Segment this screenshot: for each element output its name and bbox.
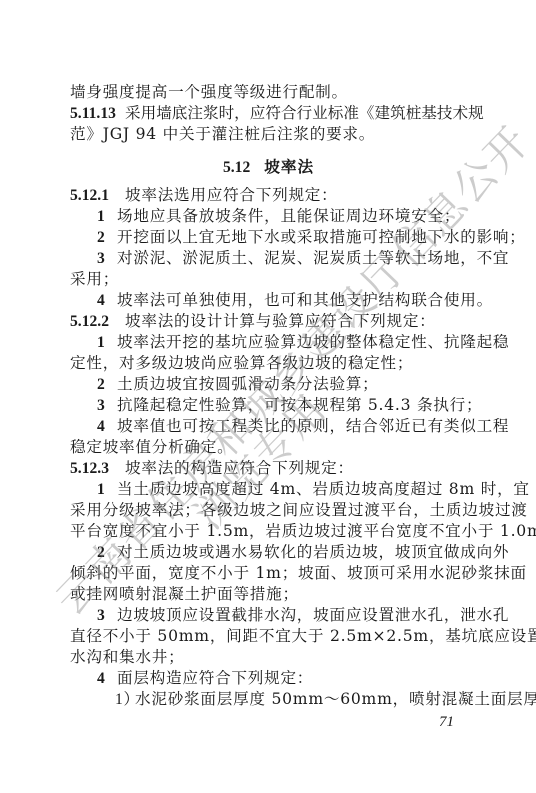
item-text: 抗隆起稳定性验算，可按本规程第 5.4.3 条执行； (117, 396, 482, 414)
list-item: 1坡率法开挖的基坑应验算边坡的整体稳定性、抗隆起稳 (70, 332, 467, 353)
clause-number: 5.12.2 (70, 311, 125, 332)
item-number: 2 (97, 374, 117, 395)
clause-5-12-2: 5.12.2坡率法的设计计算与验算应符合下列规定： (70, 311, 467, 332)
item-number: 3 (97, 605, 117, 626)
item-continuation: 稳定坡率值分析确定。 (70, 437, 467, 458)
clause-5-12-3: 5.12.3坡率法的构造应符合下列规定： (70, 458, 467, 479)
clause-number: 5.12.3 (70, 458, 125, 479)
text-column: 墙身强度提高一个强度等级进行配制。 5.11.13采用墙底注浆时，应符合行业标准… (70, 82, 467, 710)
item-continuation: 直径不小于 50mm，间距不宜大于 2.5m×2.5m，基坑底应设置排 (70, 626, 467, 647)
list-item: 1当土质边坡高度超过 4m、岩质边坡高度超过 8m 时，宜 (70, 479, 467, 500)
item-text: 边坡坡顶应设置截排水沟，坡面应设置泄水孔，泄水孔 (117, 606, 509, 624)
item-continuation: 水沟和集水井； (70, 647, 467, 668)
item-text: 坡率法可单独使用，也可和其他支护结构联合使用。 (117, 291, 493, 309)
clause-text: 坡率法的设计计算与验算应符合下列规定： (125, 312, 436, 330)
item-text: 场地应具备放坡条件，且能保证周边环境安全； (117, 207, 460, 225)
item-number: 4 (97, 290, 117, 311)
sub-item: 1）水泥砂浆面层厚度 50mm～60mm，喷射混凝土面层厚 (70, 689, 467, 710)
list-item: 2土质边坡宜按圆弧滑动条分法验算； (70, 374, 467, 395)
list-item: 2对土质边坡或遇水易软化的岩质边坡，坡顶宜做成向外 (70, 542, 467, 563)
item-number: 2 (97, 227, 117, 248)
item-number: 2 (97, 542, 117, 563)
section-number: 5.12 (223, 159, 250, 176)
item-text: 对淤泥、淤泥质土、泥炭、泥炭质土等软土场地，不宜 (117, 249, 509, 267)
list-item: 3边坡坡顶应设置截排水沟，坡面应设置泄水孔，泄水孔 (70, 605, 467, 626)
item-text: 当土质边坡高度超过 4m、岩质边坡高度超过 8m 时，宜 (117, 480, 530, 498)
clause-5-12-1: 5.12.1坡率法选用应符合下列规定： (70, 185, 467, 206)
page-number: 71 (439, 714, 454, 731)
item-text: 面层构造应符合下列规定： (117, 669, 313, 687)
clause-5-11-13: 5.11.13采用墙底注浆时，应符合行业标准《建筑桩基技术规 (70, 103, 467, 124)
item-number: 3 (97, 395, 117, 416)
document-page: 墙身强度提高一个强度等级进行配制。 5.11.13采用墙底注浆时，应符合行业标准… (0, 0, 536, 793)
list-item: 4坡率法可单独使用，也可和其他支护结构联合使用。 (70, 290, 467, 311)
item-number: 1 (97, 332, 117, 353)
item-text: 坡率值也可按工程类比的原则，结合邻近已有类似工程 (117, 417, 509, 435)
clause-number: 5.11.13 (70, 103, 125, 124)
clause-text: 坡率法选用应符合下列规定： (125, 186, 337, 204)
item-continuation: 采用分级坡率法；各级边坡之间应设置过渡平台，土质边坡过渡 (70, 500, 467, 521)
section-heading: 5.12坡率法 (70, 156, 467, 177)
sub-item-number: 1） (115, 689, 135, 710)
list-item: 4坡率值也可按工程类比的原则，结合邻近已有类似工程 (70, 416, 467, 437)
list-item: 4面层构造应符合下列规定： (70, 668, 467, 689)
section-title: 坡率法 (264, 157, 314, 176)
item-number: 4 (97, 668, 117, 689)
list-item: 1场地应具备放坡条件，且能保证周边环境安全； (70, 206, 467, 227)
item-continuation: 平台宽度不宜小于 1.5m，岩质边坡过渡平台宽度不宜小于 1.0m； (70, 521, 467, 542)
item-number: 4 (97, 416, 117, 437)
item-number: 3 (97, 248, 117, 269)
list-item: 2开挖面以上宜无地下水或采取措施可控制地下水的影响； (70, 227, 467, 248)
item-continuation: 定性，对多级边坡尚应验算各级边坡的稳定性； (70, 353, 467, 374)
list-item: 3抗隆起稳定性验算，可按本规程第 5.4.3 条执行； (70, 395, 467, 416)
clause-text: 采用墙底注浆时，应符合行业标准《建筑桩基技术规 (125, 104, 484, 122)
sub-item-text: 水泥砂浆面层厚度 50mm～60mm，喷射混凝土面层厚 (135, 690, 536, 708)
item-number: 1 (97, 206, 117, 227)
item-text: 坡率法开挖的基坑应验算边坡的整体稳定性、抗隆起稳 (117, 333, 509, 351)
item-text: 开挖面以上宜无地下水或采取措施可控制地下水的影响； (117, 228, 526, 246)
carryover-line: 墙身强度提高一个强度等级进行配制。 (70, 82, 467, 103)
item-continuation: 倾斜的平面，宽度不小于 1m；坡面、坡顶可采用水泥砂浆抹面 (70, 563, 467, 584)
item-continuation: 或挂网喷射混凝土护面等措施； (70, 584, 467, 605)
clause-text: 坡率法的构造应符合下列规定： (125, 459, 354, 477)
clause-5-11-13-cont: 范》JGJ 94 中关于灌注桩后注浆的要求。 (70, 124, 467, 145)
clause-number: 5.12.1 (70, 185, 125, 206)
item-continuation: 采用； (70, 269, 467, 290)
item-number: 1 (97, 479, 117, 500)
list-item: 3对淤泥、淤泥质土、泥炭、泥炭质土等软土场地，不宜 (70, 248, 467, 269)
item-text: 土质边坡宜按圆弧滑动条分法验算； (117, 375, 379, 393)
item-text: 对土质边坡或遇水易软化的岩质边坡，坡顶宜做成向外 (117, 543, 509, 561)
